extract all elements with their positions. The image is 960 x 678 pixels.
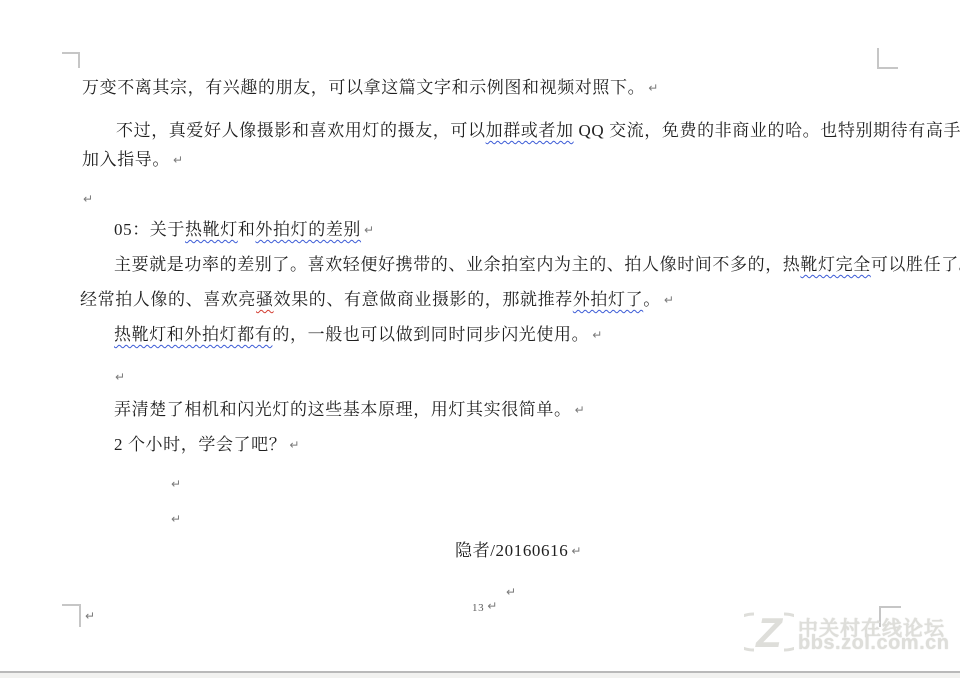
text-run: 弄清楚了相机和闪光灯的这些基本原理，用灯其实很简单。 [114,400,572,419]
spellcheck-underlined-text: 外拍灯的差别 [255,220,361,239]
pilcrow-mark-icon: ↵ [487,599,497,613]
signature-line: 隐者/20160616↵ [455,540,581,562]
spellcheck-underlined-text: 靴灯完全 [800,255,870,274]
pilcrow-mark-icon: ↵ [571,544,581,558]
empty-paragraph: ↵ [168,508,181,530]
text-run: 不过，真爱好人像摄影和喜欢用灯的摄友，可以 [116,121,486,140]
text-run: 可以胜任了。 [871,255,960,274]
crop-mark-top-left-icon [62,52,80,68]
text-run: 效果的、有意做商业摄影的，那就推荐 [274,290,573,309]
pilcrow-mark-icon: ↵ [173,153,183,167]
text-run: 的，一般也可以做到同时同步闪光使用。 [272,325,589,344]
section-title-line: 05：关于热靴灯和外拍灯的差别↵ [114,219,374,241]
text-run: 经常拍人像的、喜欢亮 [80,290,256,309]
zol-logo-letter: Z [755,609,783,656]
body-line-6: 热靴灯和外拍灯都有的，一般也可以做到同时同步闪光使用。↵ [114,324,602,346]
outside-page-area [0,673,960,678]
text-run: QQ 交流，免费的非商业的哈。也特别期待有高手能 [574,121,960,140]
pilcrow-mark-icon: ↵ [664,293,674,307]
text-run: 2 个小时，学会了吧？ [114,435,286,454]
text-run: 主要就是功率的差别了。喜欢轻便好携带的、业余拍室内为主的、拍人像时间不多的，热 [114,255,800,274]
text-run: 隐者/20160616 [455,541,568,560]
text-run: 13 [472,602,484,614]
empty-paragraph: ↵ [112,366,125,388]
crop-mark-top-right-icon [877,48,898,69]
spellcheck-underlined-text: 热靴灯 [185,220,238,239]
zol-watermark: Z 中关村在线论坛 bbs.zol.com.cn [744,605,960,663]
pilcrow-mark-icon: ↵ [506,585,516,599]
body-line-5: 经常拍人像的、喜欢亮骚效果的、有意做商业摄影的，那就推荐外拍灯了。↵ [80,289,674,311]
spellcheck-underlined-text: 热靴灯和外拍灯都有 [114,325,272,344]
text-run: 加入指导。 [82,150,170,169]
document-screenshot: 万变不离其宗，有兴趣的朋友，可以拿这篇文字和示例图和视频对照下。↵不过，真爱好人… [0,0,960,678]
pilcrow-mark-icon: ↵ [575,403,585,417]
pilcrow-mark-icon: ↵ [364,223,374,237]
pilcrow-mark-icon: ↵ [85,609,95,623]
body-line-4: 主要就是功率的差别了。喜欢轻便好携带的、业余拍室内为主的、拍人像时间不多的，热靴… [114,254,960,276]
crop-mark-bottom-left-icon [62,604,81,627]
body-line-2: 不过，真爱好人像摄影和喜欢用灯的摄友，可以加群或者加 QQ 交流，免费的非商业的… [116,120,960,142]
body-line-7: 弄清楚了相机和闪光灯的这些基本原理，用灯其实很简单。↵ [114,399,585,421]
pilcrow-mark-icon: ↵ [289,438,299,452]
spellcheck-underlined-text: 外拍灯了 [573,290,643,309]
pilcrow-mark-icon: ↵ [648,81,658,95]
pilcrow-mark-icon: ↵ [83,192,93,206]
text-run: 。 [643,290,661,309]
body-line-8: 2 个小时，学会了吧？↵ [114,434,299,456]
text-run: 万变不离其宗，有兴趣的朋友，可以拿这篇文字和示例图和视频对照下。 [82,78,645,97]
empty-paragraph: ↵ [80,188,93,210]
pilcrow-mark-icon: ↵ [171,477,181,491]
footer-empty-paragraph: ↵ [503,581,516,603]
watermark-site-url: bbs.zol.com.cn [798,632,949,655]
pilcrow-mark-icon: ↵ [592,328,602,342]
pilcrow-mark-icon: ↵ [115,370,125,384]
body-line-3: 加入指导。↵ [82,149,183,171]
empty-paragraph: ↵ [168,473,181,495]
page-number: 13↵ [472,595,497,617]
text-run: 05：关于 [114,220,185,239]
footer-empty-paragraph: ↵ [82,605,95,627]
zol-logo-icon: Z [744,607,794,657]
spellcheck-underlined-text: 骚 [256,290,274,309]
body-line-1: 万变不离其宗，有兴趣的朋友，可以拿这篇文字和示例图和视频对照下。↵ [82,77,658,99]
spellcheck-underlined-text: 加群或者加 [486,121,574,140]
pilcrow-mark-icon: ↵ [171,512,181,526]
text-run: 和 [238,220,256,239]
